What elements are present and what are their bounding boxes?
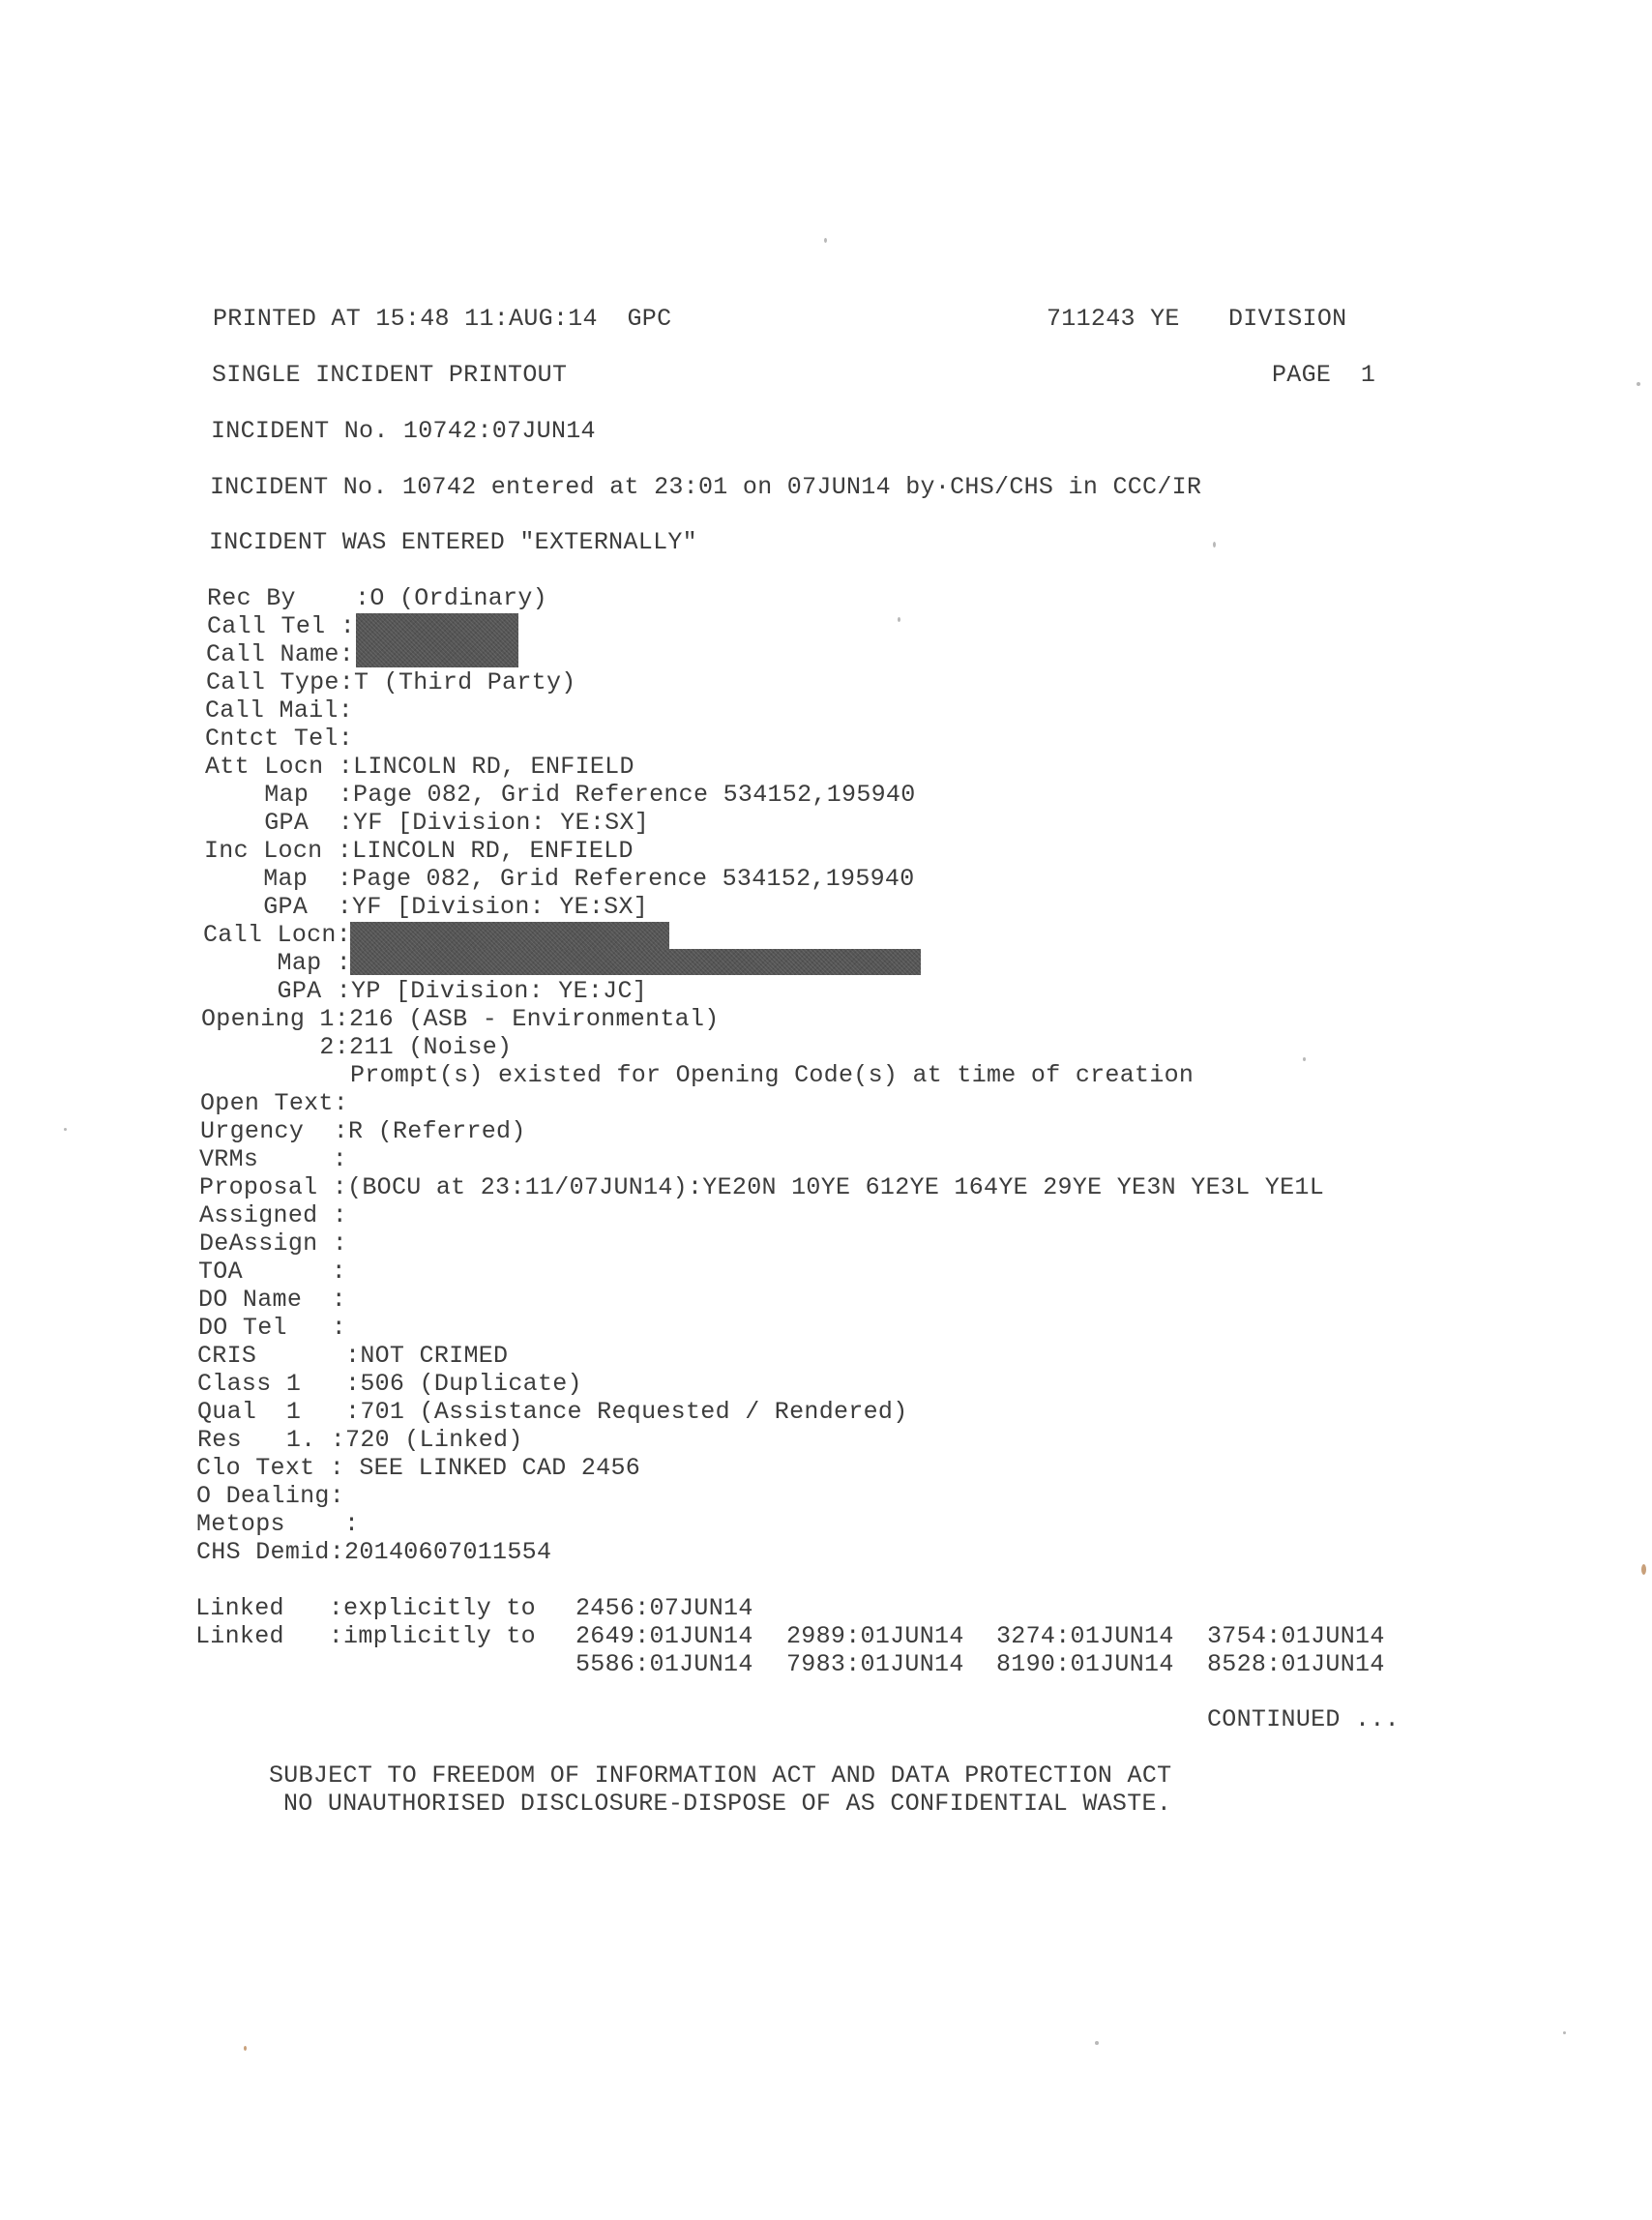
- scan-speck: [824, 238, 827, 243]
- redaction-block-caller: [356, 613, 518, 667]
- field-value: R (Referred): [348, 1117, 526, 1145]
- scan-speck: [244, 2046, 247, 2051]
- division-label: DIVISION: [1228, 305, 1346, 333]
- field-value: 701 (Assistance Requested / Rendered): [360, 1398, 907, 1426]
- field-label: Cntct Tel:: [205, 725, 353, 753]
- field-value: YF [Division: YE:SX]: [352, 893, 648, 921]
- linked-implicit-item: 7983:01JUN14: [786, 1650, 964, 1678]
- field-inc-map: Map :Page 082, Grid Reference 534152,195…: [204, 865, 915, 893]
- field-label: Inc Locn :: [204, 837, 352, 865]
- field-cris: CRIS :NOT CRIMED: [197, 1342, 508, 1370]
- linked-implicit-item: 2989:01JUN14: [786, 1622, 964, 1650]
- field-do-name: DO Name :: [198, 1286, 346, 1314]
- field-metops: Metops :: [196, 1510, 359, 1538]
- field-vrms: VRMs :: [199, 1145, 347, 1173]
- field-value: YF [Division: YE:SX]: [353, 809, 649, 837]
- field-label: Opening 1:: [201, 1005, 349, 1033]
- field-call-name: Call Name:: [206, 640, 354, 668]
- field-do-tel: DO Tel :: [198, 1314, 346, 1342]
- field-value: (BOCU at 23:11/07JUN14):YE20N 10YE 612YE…: [347, 1173, 1324, 1201]
- linked-implicit-item: 3754:01JUN14: [1207, 1622, 1385, 1650]
- field-urgency: Urgency :R (Referred): [200, 1117, 526, 1145]
- field-o-dealing: O Dealing:: [196, 1482, 344, 1510]
- scan-speck: [1303, 1057, 1306, 1061]
- printout-title: SINGLE INCIDENT PRINTOUT: [212, 361, 567, 389]
- field-label: Map :: [205, 781, 353, 809]
- scan-speck: [1637, 382, 1640, 386]
- field-value: O (Ordinary): [369, 584, 547, 612]
- incident-entered-line: INCIDENT No. 10742 entered at 23:01 on 0…: [210, 473, 1201, 501]
- field-label: Urgency :: [200, 1117, 348, 1145]
- field-label: VRMs :: [199, 1145, 347, 1173]
- incident-number: INCIDENT No. 10742:07JUN14: [211, 417, 596, 445]
- field-toa: TOA :: [198, 1258, 346, 1286]
- field-opening-1: Opening 1:216 (ASB - Environmental): [201, 1005, 720, 1033]
- entered-externally: INCIDENT WAS ENTERED "EXTERNALLY": [209, 528, 697, 556]
- field-label: Qual 1 :: [197, 1398, 360, 1426]
- field-value: YP [Division: YE:JC]: [351, 977, 647, 1005]
- field-label: Att Locn :: [205, 753, 353, 781]
- field-label: Call Type:: [206, 668, 354, 696]
- field-label: GPA :: [205, 809, 353, 837]
- field-label: Rec By :: [207, 584, 369, 612]
- field-label: Map :: [203, 949, 351, 977]
- field-value: 211 (Noise): [349, 1033, 512, 1061]
- field-value: SEE LINKED CAD 2456: [359, 1454, 640, 1482]
- field-value: 20140607011554: [344, 1538, 551, 1566]
- field-label: Clo Text :: [196, 1454, 359, 1482]
- field-clo-text: Clo Text : SEE LINKED CAD 2456: [196, 1454, 640, 1482]
- field-label: GPA :: [204, 893, 352, 921]
- scan-speck: [1641, 1564, 1646, 1575]
- linked-implicit-item: 2649:01JUN14: [575, 1622, 753, 1650]
- field-inc-locn: Inc Locn :LINCOLN RD, ENFIELD: [204, 837, 634, 865]
- field-label: Class 1 :: [197, 1370, 360, 1398]
- field-value: 216 (ASB - Environmental): [349, 1005, 720, 1033]
- field-value: T (Third Party): [354, 668, 576, 696]
- linked-implicit-item: 8528:01JUN14: [1207, 1650, 1385, 1678]
- redaction-block-call-map: [350, 949, 921, 975]
- field-label: DO Tel :: [198, 1314, 346, 1342]
- field-call-gpa: GPA :YP [Division: YE:JC]: [203, 977, 647, 1005]
- field-label: CRIS :: [197, 1342, 360, 1370]
- field-open-text: Open Text:: [200, 1089, 348, 1117]
- field-att-locn: Att Locn :LINCOLN RD, ENFIELD: [205, 753, 634, 781]
- scan-speck: [1213, 542, 1216, 548]
- field-value: LINCOLN RD, ENFIELD: [352, 837, 634, 865]
- foi-notice-line-2: NO UNAUTHORISED DISCLOSURE-DISPOSE OF AS…: [283, 1790, 1171, 1818]
- field-qual-1: Qual 1 :701 (Assistance Requested / Rend…: [197, 1398, 908, 1426]
- field-proposal: Proposal :(BOCU at 23:11/07JUN14):YE20N …: [199, 1173, 1324, 1201]
- field-chs-demid: CHS Demid:20140607011554: [196, 1538, 551, 1566]
- linked-explicit-item: 2456:07JUN14: [575, 1594, 753, 1622]
- field-call-mail: Call Mail:: [205, 696, 353, 725]
- scan-speck: [898, 617, 900, 622]
- printout-page: PRINTED AT 15:48 11:AUG:14 GPC 711243 YE…: [0, 0, 1652, 2220]
- scan-speck: [1095, 2041, 1099, 2045]
- field-rec-by: Rec By :O (Ordinary): [207, 584, 547, 612]
- field-value: 506 (Duplicate): [360, 1370, 582, 1398]
- field-opening-2: 2:211 (Noise): [201, 1033, 512, 1061]
- field-value: Page 082, Grid Reference 534152,195940: [353, 781, 916, 809]
- linked-implicit-item: 3274:01JUN14: [996, 1622, 1174, 1650]
- page-number: PAGE 1: [1272, 361, 1375, 389]
- field-label: Res 1. :: [197, 1426, 345, 1454]
- field-value: Page 082, Grid Reference 534152,195940: [352, 865, 915, 893]
- printed-at: PRINTED AT 15:48 11:AUG:14 GPC: [213, 305, 671, 333]
- field-label: Map :: [204, 865, 352, 893]
- field-deassign: DeAssign :: [199, 1229, 347, 1258]
- field-att-gpa: GPA :YF [Division: YE:SX]: [205, 809, 649, 837]
- field-label: Call Name:: [206, 640, 354, 668]
- field-value: LINCOLN RD, ENFIELD: [353, 753, 634, 781]
- field-label: DO Name :: [198, 1286, 346, 1314]
- field-label: TOA :: [198, 1258, 346, 1286]
- field-label: Open Text:: [200, 1089, 348, 1117]
- field-label: Proposal :: [199, 1173, 347, 1201]
- continued-marker: CONTINUED ...: [1207, 1705, 1400, 1733]
- division-ref: 711243 YE: [1047, 305, 1180, 333]
- linked-explicit-label: Linked :explicitly to: [195, 1594, 536, 1622]
- linked-implicit-label: Linked :implicitly to: [195, 1622, 536, 1650]
- field-cntct-tel: Cntct Tel:: [205, 725, 353, 753]
- foi-notice-line-1: SUBJECT TO FREEDOM OF INFORMATION ACT AN…: [269, 1761, 1171, 1790]
- field-call-map: Map :: [203, 949, 351, 977]
- field-value: NOT CRIMED: [360, 1342, 508, 1370]
- field-label: Call Tel :: [207, 612, 355, 640]
- linked-implicit-item: 5586:01JUN14: [575, 1650, 753, 1678]
- linked-implicit-item: 8190:01JUN14: [996, 1650, 1174, 1678]
- field-assigned: Assigned :: [199, 1201, 347, 1229]
- scan-speck: [1563, 2031, 1566, 2034]
- field-value: 720 (Linked): [345, 1426, 523, 1454]
- field-res-1: Res 1. :720 (Linked): [197, 1426, 523, 1454]
- field-call-type: Call Type:T (Third Party): [206, 668, 576, 696]
- field-call-locn: Call Locn:: [203, 921, 351, 949]
- field-label: Metops :: [196, 1510, 359, 1538]
- field-label: CHS Demid:: [196, 1538, 344, 1566]
- field-label: O Dealing:: [196, 1482, 344, 1510]
- field-inc-gpa: GPA :YF [Division: YE:SX]: [204, 893, 648, 921]
- field-label: Assigned :: [199, 1201, 347, 1229]
- field-label: GPA :: [203, 977, 351, 1005]
- field-att-map: Map :Page 082, Grid Reference 534152,195…: [205, 781, 916, 809]
- field-class-1: Class 1 :506 (Duplicate): [197, 1370, 582, 1398]
- field-label: Call Mail:: [205, 696, 353, 725]
- field-label: 2:: [201, 1033, 349, 1061]
- field-call-tel: Call Tel :: [207, 612, 355, 640]
- field-label: Call Locn:: [203, 921, 351, 949]
- opening-prompt-note: Prompt(s) existed for Opening Code(s) at…: [350, 1061, 1194, 1089]
- scan-speck: [64, 1128, 67, 1131]
- redaction-block-call-locn: [350, 922, 669, 950]
- field-label: DeAssign :: [199, 1229, 347, 1258]
